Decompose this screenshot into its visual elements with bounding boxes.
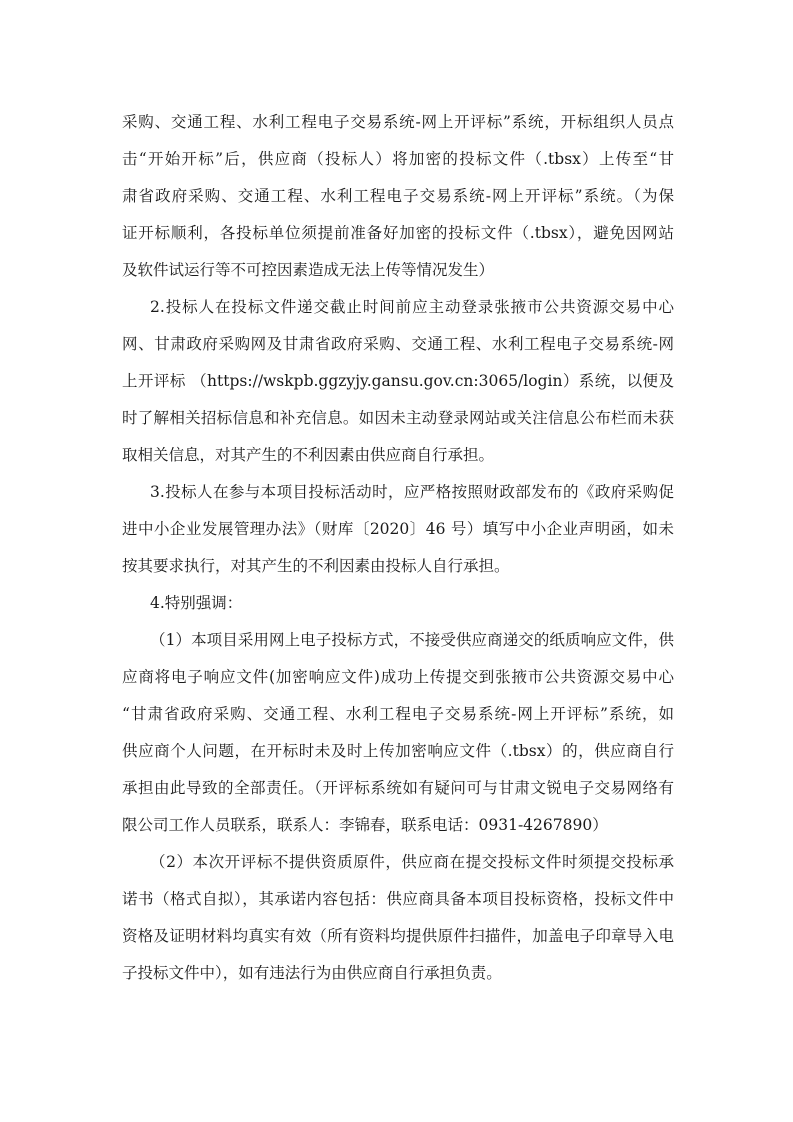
text-line-with-link: 上开评标 （https://wskpb.ggzyjy.gansu.gov.cn:… (122, 371, 674, 391)
text-line: 证开标顺利，各投标单位须提前准备好加密的投标文件（.tbsx），避免因网站 (122, 223, 674, 243)
document-page: 采购、交通工程、水利工程电子交易系统-网上开评标”系统，开标组织人员点 击“开始… (0, 0, 793, 1122)
text-line: 资格及证明材料均真实有效（所有资料均提供原件扫描件，加盖电子印章导入电 (122, 926, 674, 946)
text-line: 进中小企业发展管理办法》（财库〔2020〕46 号）填写中小企业声明函，如未 (122, 519, 674, 539)
text-line: 肃省政府采购、交通工程、水利工程电子交易系统-网上开评标”系统。（为保 (122, 186, 674, 206)
contact-line: 限公司工作人员联系，联系人：李锦春，联系电话：0931-4267890） (122, 815, 674, 835)
text-line: 网、甘肃政府采购网及甘肃省政府采购、交通工程、水利工程电子交易系统-网 (122, 334, 674, 354)
text-line: 诺书（格式自拟），其承诺内容包括：供应商具备本项目投标资格，投标文件中 (122, 889, 674, 909)
text-line: 采购、交通工程、水利工程电子交易系统-网上开评标”系统，开标组织人员点 (122, 112, 674, 132)
text-line: 供应商个人问题，在开标时未及时上传加密响应文件（.tbsx）的，供应商自行 (122, 741, 674, 761)
text-line: （2）本次开评标不提供资质原件，供应商在提交投标文件时须提交投标承 (150, 852, 674, 872)
text-line: 2.投标人在投标文件递交截止时间前应主动登录张掖市公共资源交易中心 (150, 297, 674, 317)
section-heading: 4.特别强调： (150, 593, 674, 613)
text-line: （1）本项目采用网上电子投标方式，不接受供应商递交的纸质响应文件，供 (150, 630, 674, 650)
text-line: 应商将电子响应文件(加密响应文件)成功上传提交到张掖市公共资源交易中心 (122, 667, 674, 687)
text-line: 承担由此导致的全部责任。（开评标系统如有疑问可与甘肃文锐电子交易网络有 (122, 778, 674, 798)
text-line: 3.投标人在参与本项目投标活动时，应严格按照财政部发布的《政府采购促 (150, 482, 674, 502)
text-line: 取相关信息，对其产生的不利因素由供应商自行承担。 (122, 445, 674, 465)
text-line: 按其要求执行，对其产生的不利因素由投标人自行承担。 (122, 556, 674, 576)
text-line: 子投标文件中），如有违法行为由供应商自行承担负责。 (122, 963, 674, 983)
text-line: “甘肃省政府采购、交通工程、水利工程电子交易系统-网上开评标”系统，如 (122, 704, 674, 724)
text-line: 及软件试运行等不可控因素造成无法上传等情况发生） (122, 260, 674, 280)
text-line: 时了解相关招标信息和补充信息。如因未主动登录网站或关注信息公布栏而未获 (122, 408, 674, 428)
text-line: 击“开始开标”后，供应商（投标人）将加密的投标文件（.tbsx）上传至“甘 (122, 149, 674, 169)
